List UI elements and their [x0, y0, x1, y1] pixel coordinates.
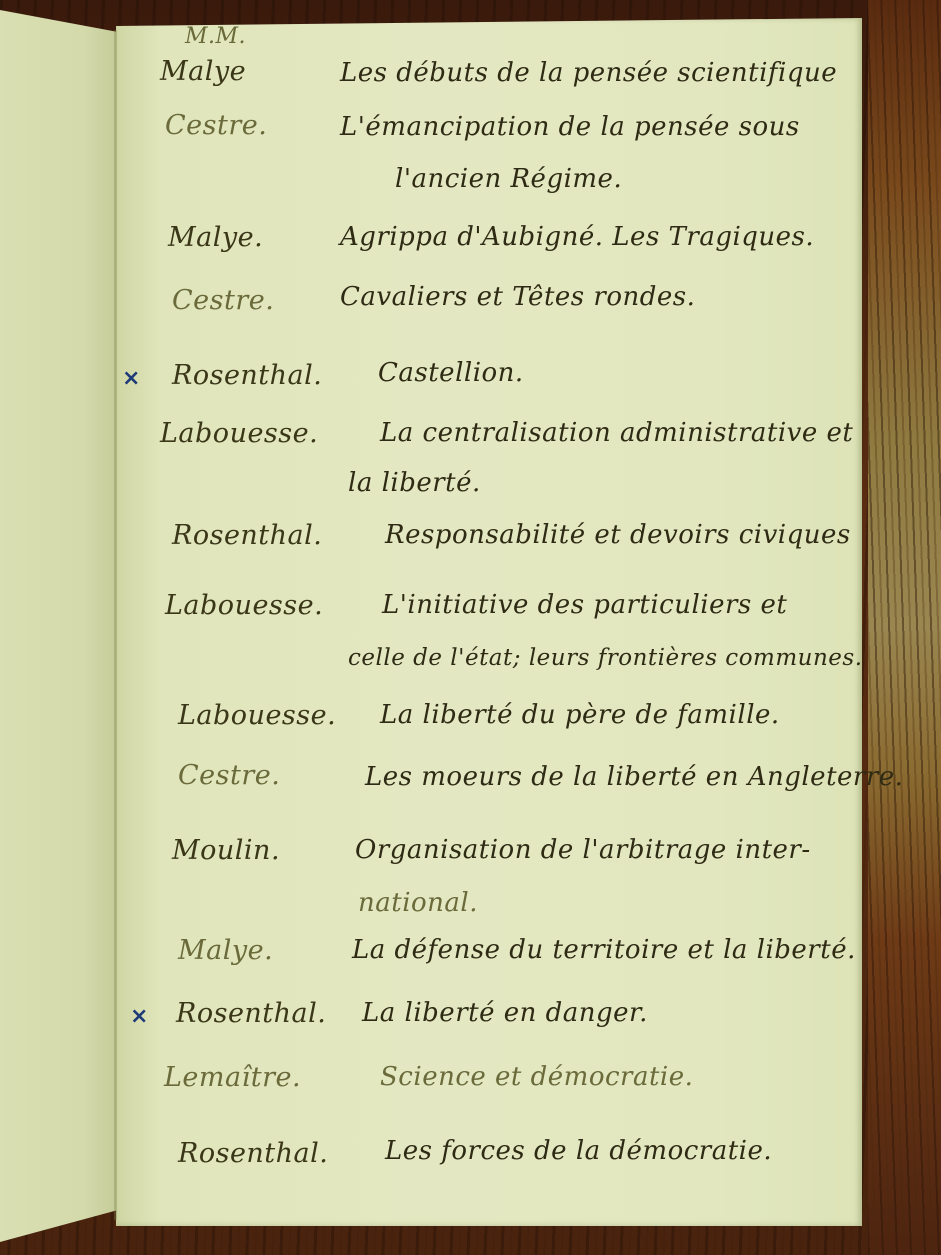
entry-speaker: Labouesse. — [160, 418, 318, 449]
entry-speaker: Labouesse. — [178, 700, 336, 731]
entry-speaker: Malye — [160, 56, 246, 87]
entry-title: Agrippa d'Aubigné. Les Tragiques. — [340, 222, 814, 252]
entry-speaker: Cestre. — [165, 110, 267, 141]
entry-title: Organisation de l'arbitrage inter- — [355, 835, 811, 865]
entry-speaker: Lemaître. — [164, 1062, 301, 1093]
blue-x-mark-icon: × — [130, 1004, 148, 1029]
entry-title: Science et démocratie. — [380, 1062, 693, 1092]
entry-title: L'émancipation de la pensée sous — [340, 112, 800, 142]
entry-title: La défense du territoire et la liberté. — [352, 935, 856, 965]
entry-speaker: Cestre. — [172, 285, 274, 316]
entry-title-continued: la liberté. — [348, 468, 481, 498]
header-mm: M.M. — [185, 24, 246, 49]
entry-speaker: Moulin. — [172, 835, 280, 866]
entry-title: La liberté du père de famille. — [380, 700, 780, 730]
entry-speaker: Cestre. — [178, 760, 280, 791]
wooden-table-surface — [868, 0, 941, 1255]
entry-title: Les moeurs de la liberté en Angleterre. — [365, 762, 903, 792]
entry-title: Responsabilité et devoirs civiques — [385, 520, 851, 550]
entry-title-continued: celle de l'état; leurs frontières commun… — [348, 645, 863, 671]
entry-title: Cavaliers et Têtes rondes. — [340, 282, 695, 312]
blue-x-mark-icon: × — [122, 366, 140, 391]
entry-title-continued: national. — [358, 888, 478, 918]
entry-title: Castellion. — [378, 358, 524, 388]
entry-speaker: Rosenthal. — [178, 1138, 328, 1169]
entry-title: La centralisation administrative et — [380, 418, 853, 448]
entry-title: La liberté en danger. — [362, 998, 648, 1028]
entry-title: Les forces de la démocratie. — [385, 1136, 772, 1166]
entry-speaker: Rosenthal. — [172, 360, 322, 391]
entry-title: Les débuts de la pensée scientifique — [340, 58, 837, 88]
entry-speaker: Malye. — [168, 222, 263, 253]
entry-speaker: Malye. — [178, 935, 273, 966]
entry-speaker: Rosenthal. — [172, 520, 322, 551]
right-page — [116, 18, 862, 1226]
entry-title-continued: l'ancien Régime. — [395, 164, 622, 194]
page-fold — [114, 30, 117, 1220]
entry-speaker: Labouesse. — [165, 590, 323, 621]
entry-speaker: Rosenthal. — [176, 998, 326, 1029]
left-page — [0, 10, 118, 1242]
entry-title: L'initiative des particuliers et — [382, 590, 787, 620]
